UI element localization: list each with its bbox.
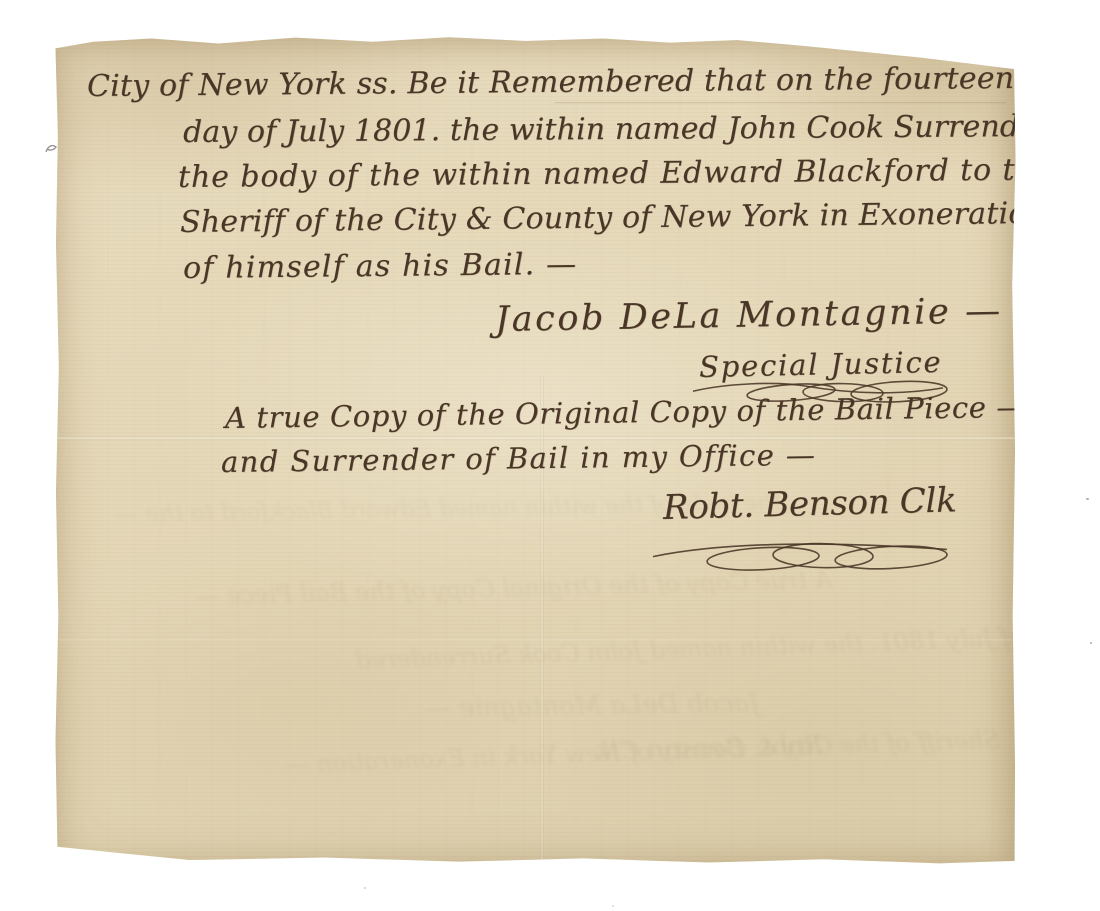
handwritten-line-3: the body of the within named Edward Blac…: [178, 152, 1096, 195]
bleedthrough-ghost-text: Robt. Benson Clk: [595, 731, 824, 767]
certification-line-2: and Surrender of Bail in my Office —: [221, 438, 817, 479]
signature-flourish-icon: [651, 529, 954, 580]
justice-signature-title: Special Justice: [699, 345, 943, 384]
bleedthrough-ghost-text: Jacob DeLa Montagnie —: [425, 688, 760, 724]
paper-fiber: [44, 142, 58, 154]
justice-signature-name: Jacob DeLa Montagnie —: [495, 291, 1003, 340]
bleedthrough-ghost-text: day of July 1801. the within named John …: [355, 621, 1076, 674]
handwritten-line-2: day of July 1801. the within named John …: [183, 109, 1089, 150]
certification-line-1: A true Copy of the Original Copy of the …: [225, 390, 1026, 435]
bleedthrough-ghost-text: Sheriff of the City & County of New York…: [285, 726, 1000, 779]
clerk-signature: Robt. Benson Clk: [662, 480, 956, 528]
dust-speck: [1086, 498, 1089, 500]
dust-speck: [364, 887, 366, 889]
document-paper: the body of the within named Edward Blac…: [55, 36, 1016, 865]
crease-line: [555, 102, 1006, 104]
bleedthrough-ghost-text: A true Copy of the Original Copy of the …: [195, 566, 833, 611]
handwritten-line-4: Sheriff of the City & County of New York…: [180, 196, 1086, 240]
fold-crease-horizontal: [55, 436, 1016, 440]
handwritten-line-1: City of New York ss. Be it Remembered th…: [87, 61, 1046, 104]
fold-crease-horizontal: [55, 638, 1016, 642]
handwritten-line-5: of himself as his Bail. —: [183, 247, 578, 286]
dust-speck: [612, 905, 614, 907]
scanned-document-image: the body of the within named Edward Blac…: [0, 0, 1100, 911]
dust-speck: [1090, 642, 1092, 644]
